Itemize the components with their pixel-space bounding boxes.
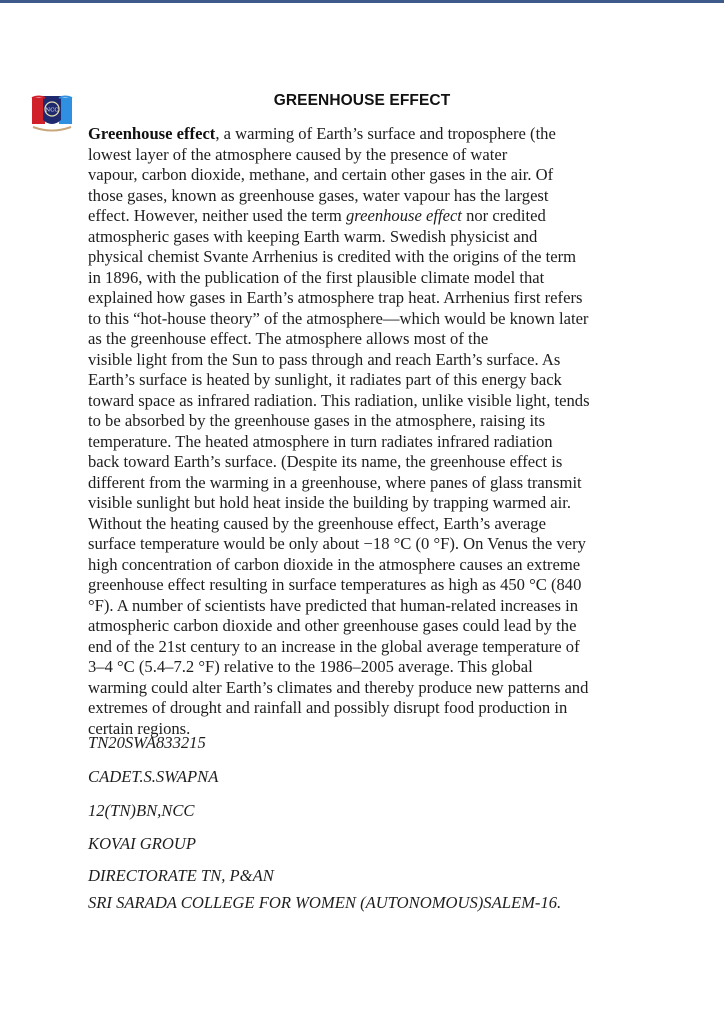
- body-line: end of the 21st century to an increase i…: [88, 637, 648, 658]
- window-top-border: [0, 0, 724, 3]
- page-title: GREENHOUSE EFFECT: [0, 92, 724, 110]
- signature-group: KOVAI GROUP: [88, 834, 196, 854]
- body-line: temperature. The heated atmosphere in tu…: [88, 432, 648, 453]
- body-line: surface temperature would be only about …: [88, 534, 648, 555]
- body-line: effect. However, neither used the term g…: [88, 206, 648, 227]
- body-line: toward space as infrared radiation. This…: [88, 391, 648, 412]
- signature-name: CADET.S.SWAPNA: [88, 767, 218, 787]
- body-line: different from the warming in a greenhou…: [88, 473, 648, 494]
- body-line: in 1896, with the publication of the fir…: [88, 268, 648, 289]
- body-line: Without the heating caused by the greenh…: [88, 514, 648, 535]
- body-line: greenhouse effect resulting in surface t…: [88, 575, 648, 596]
- italic-term: greenhouse effect: [346, 206, 462, 225]
- body-line: those gases, known as greenhouse gases, …: [88, 186, 648, 207]
- body-line: visible light from the Sun to pass throu…: [88, 350, 648, 371]
- body-line: lowest layer of the atmosphere caused by…: [88, 145, 648, 166]
- body-line: physical chemist Svante Arrhenius is cre…: [88, 247, 648, 268]
- body-line: explained how gases in Earth’s atmospher…: [88, 288, 648, 309]
- body-line: extremes of drought and rainfall and pos…: [88, 698, 648, 719]
- lead-term: Greenhouse effect: [88, 124, 215, 143]
- signature-id: TN20SWA833215: [88, 733, 206, 753]
- signature-college: SRI SARADA COLLEGE FOR WOMEN (AUTONOMOUS…: [88, 893, 561, 913]
- body-line: as the greenhouse effect. The atmosphere…: [88, 329, 648, 350]
- article-body: Greenhouse effect, a warming of Earth’s …: [88, 124, 648, 739]
- body-line: atmospheric carbon dioxide and other gre…: [88, 616, 648, 637]
- body-line: warming could alter Earth’s climates and…: [88, 678, 648, 699]
- body-line: back toward Earth’s surface. (Despite it…: [88, 452, 648, 473]
- body-line: vapour, carbon dioxide, methane, and cer…: [88, 165, 648, 186]
- body-line: to be absorbed by the greenhouse gases i…: [88, 411, 648, 432]
- body-line: atmospheric gases with keeping Earth war…: [88, 227, 648, 248]
- body-line: 3–4 °C (5.4–7.2 °F) relative to the 1986…: [88, 657, 648, 678]
- body-line: high concentration of carbon dioxide in …: [88, 555, 648, 576]
- signature-directorate: DIRECTORATE TN, P&AN: [88, 866, 274, 886]
- body-line: Earth’s surface is heated by sunlight, i…: [88, 370, 648, 391]
- body-line: to this “hot-house theory” of the atmosp…: [88, 309, 648, 330]
- body-line: °F). A number of scientists have predict…: [88, 596, 648, 617]
- body-line: Greenhouse effect, a warming of Earth’s …: [88, 124, 648, 145]
- signature-unit: 12(TN)BN,NCC: [88, 801, 195, 821]
- body-line: visible sunlight but hold heat inside th…: [88, 493, 648, 514]
